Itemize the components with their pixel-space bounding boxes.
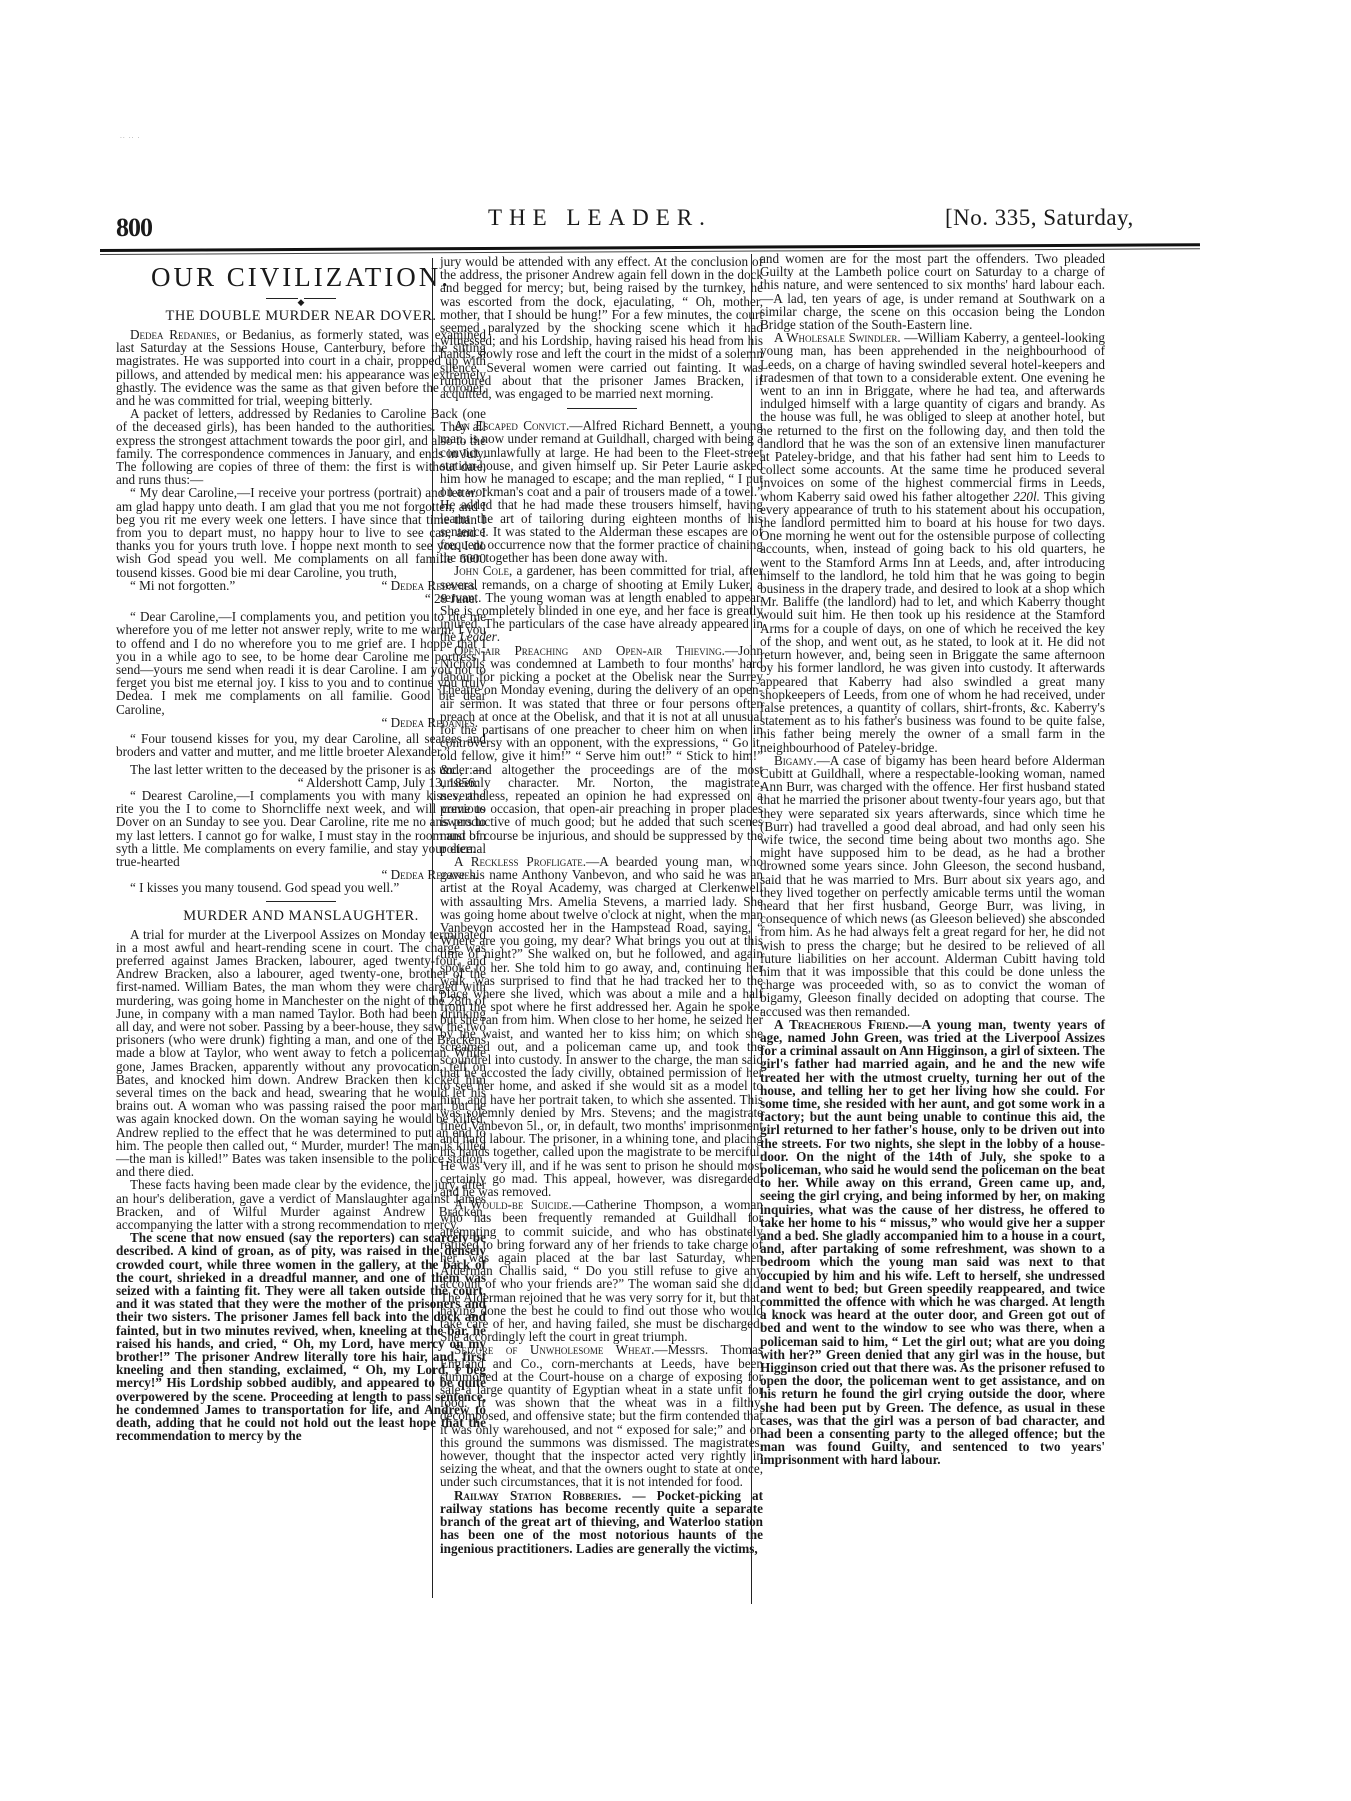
section-rule — [266, 901, 336, 902]
column-2: jury would be attended with any effect. … — [440, 255, 763, 1555]
article-title: MURDER AND MANSLAUGHTER. — [116, 908, 486, 925]
letter-date: “ Aldershott Camp, July 13, 1856. — [116, 776, 486, 789]
article-paragraph: The scene that now ensued (say the repor… — [116, 1231, 486, 1442]
masthead: THE LEADER. — [488, 205, 712, 231]
news-item: Bigamy.—A case of bigamy has been heard … — [760, 754, 1105, 1018]
issue-line: [No. 335, Saturday, — [945, 205, 1134, 231]
news-item: John Cole, a gardener, has been committe… — [440, 564, 763, 643]
letter-signature: “ Dedea Redanies. — [116, 716, 486, 729]
article-paragraph: The last letter written to the deceased … — [116, 763, 486, 776]
letter-text: “ My dear Caroline,—I receive your portr… — [116, 486, 486, 578]
article-paragraph: A trial for murder at the Liverpool Assi… — [116, 928, 486, 1179]
news-item: Seizure of Unwholesome Wheat.—Messrs. Th… — [440, 1343, 763, 1488]
column-3: and women are for the most part the offe… — [760, 252, 1105, 1467]
section-title: OUR CIVILIZATION. — [116, 262, 486, 292]
letter-postscript: “ Four tousend kisses for you, my dear C… — [116, 732, 486, 758]
news-item: A Wholesale Swindler. —William Kaberry, … — [760, 331, 1105, 754]
news-item: An Escaped Convict.—Alfred Richard Benne… — [440, 419, 763, 564]
page-number: 800 — [116, 213, 152, 243]
ornament-divider: ◆ — [116, 294, 486, 302]
letter-postscript: “ I kisses you many tousend. God spead y… — [116, 881, 486, 894]
article-paragraph: A packet of letters, addressed by Redani… — [116, 407, 486, 486]
news-item: Open-air Preaching and Open-air Thieving… — [440, 644, 763, 855]
news-item: A Would-be Suicide.—Catherine Thompson, … — [440, 1198, 763, 1343]
news-item: A Treacherous Friend.—A young man, twent… — [760, 1018, 1105, 1467]
letter-text: “ Dearest Caroline,—I complaments you wi… — [116, 789, 486, 868]
article-paragraph: jury would be attended with any effect. … — [440, 255, 763, 400]
diamond-ornament-icon: ◆ — [298, 297, 305, 307]
letter-date: “ 28 June. — [116, 592, 486, 605]
section-rule — [567, 408, 637, 409]
letter-closing-left: “ Mi not forgotten.” — [116, 579, 235, 592]
newspaper-page: ·· ·· · 800 THE LEADER. [No. 335, Saturd… — [0, 0, 1351, 1801]
news-item: A Reckless Profligate.—A bearded young m… — [440, 855, 763, 1198]
article-paragraph: These facts having been made clear by th… — [116, 1178, 486, 1231]
column-1: OUR CIVILIZATION. ◆ THE DOUBLE MURDER NE… — [116, 262, 486, 1442]
article-paragraph: Dedea Redanies, or Bedanius, as formerly… — [116, 328, 486, 407]
news-item: Railway Station Robberies. — Pocket-pick… — [440, 1489, 763, 1555]
article-title: THE DOUBLE MURDER NEAR DOVER. — [116, 308, 486, 325]
letter-text: “ Dear Caroline,—I complaments you, and … — [116, 610, 486, 716]
print-specks: ·· ·· · — [120, 135, 180, 143]
article-paragraph: and women are for the most part the offe… — [760, 252, 1105, 331]
page-header: 800 THE LEADER. [No. 335, Saturday, — [100, 205, 1200, 245]
